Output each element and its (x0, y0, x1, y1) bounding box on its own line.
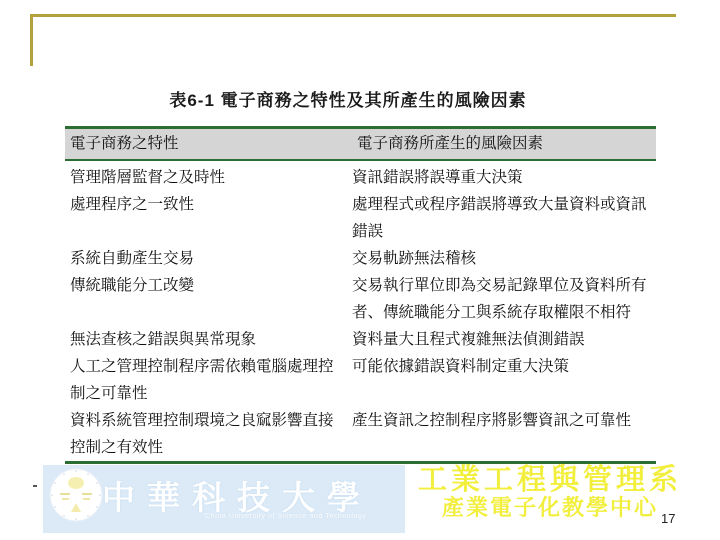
cell-characteristic: 處理程序之一致性 (65, 191, 352, 245)
cell-characteristic: 傳統職能分工改變 (65, 272, 352, 326)
stray-mark (33, 485, 37, 487)
university-name-english: China University of Science and Technolo… (205, 513, 405, 520)
cell-risk: 資料量大且程式複雜無法偵測錯誤 (352, 326, 656, 353)
cell-characteristic: 無法查核之錯誤與異常現象 (65, 326, 352, 353)
column-header-characteristics: 電子商務之特性 (65, 128, 352, 161)
table-row: 資料系統管理控制環境之良窳影響直接控制之有效性 產生資訊之控制程序將影響資訊之可… (65, 407, 656, 463)
table-row: 處理程序之一致性 處理程式或程序錯誤將導致大量資料或資訊錯誤 (65, 191, 656, 245)
cell-risk: 資訊錯誤將誤導重大決策 (352, 160, 656, 191)
cell-risk: 產生資訊之控制程序將影響資訊之可靠性 (352, 407, 656, 463)
department-name: 工業工程與管理系 (408, 465, 692, 496)
table-row: 傳統職能分工改變 交易執行單位即為交易記錄單位及資料所有者、傳統職能分工與系統存… (65, 272, 656, 326)
cell-characteristic: 人工之管理控制程序需依賴電腦處理控制之可靠性 (65, 353, 352, 407)
teaching-center-name: 產業電子化教學中心 (408, 496, 692, 520)
university-name: 中華科技大學 (102, 472, 402, 519)
page-number: 17 (661, 511, 675, 526)
table-row: 無法查核之錯誤與異常現象 資料量大且程式複雜無法偵測錯誤 (65, 326, 656, 353)
left-accent-line (30, 14, 33, 66)
cell-risk: 交易執行單位即為交易記錄單位及資料所有者、傳統職能分工與系統存取權限不相符 (352, 272, 656, 326)
department-block: 工業工程與管理系 產業電子化教學中心 (408, 465, 692, 520)
table-row: 管理階層監督之及時性 資訊錯誤將誤導重大決策 (65, 160, 656, 191)
slide: { "slide": { "title": "表6-1 電子商務之特性及其所產生… (0, 0, 720, 540)
cell-risk: 可能依據錯誤資料制定重大決策 (352, 353, 656, 407)
ecommerce-risk-table: 電子商務之特性 電子商務所產生的風險因素 管理階層監督之及時性 資訊錯誤將誤導重… (65, 126, 656, 464)
table-row: 系統自動產生交易 交易軌跡無法稽核 (65, 245, 656, 272)
table-header-row: 電子商務之特性 電子商務所產生的風險因素 (65, 128, 656, 161)
university-seal-icon (48, 467, 104, 523)
cell-risk: 交易軌跡無法稽核 (352, 245, 656, 272)
cell-characteristic: 管理階層監督之及時性 (65, 160, 352, 191)
cell-characteristic: 系統自動產生交易 (65, 245, 352, 272)
cell-risk: 處理程式或程序錯誤將導致大量資料或資訊錯誤 (352, 191, 656, 245)
cell-characteristic: 資料系統管理控制環境之良窳影響直接控制之有效性 (65, 407, 352, 463)
top-accent-line (30, 14, 676, 17)
table-row: 人工之管理控制程序需依賴電腦處理控制之可靠性 可能依據錯誤資料制定重大決策 (65, 353, 656, 407)
slide-title: 表6-1 電子商務之特性及其所產生的風險因素 (58, 86, 638, 111)
column-header-risks: 電子商務所產生的風險因素 (352, 128, 656, 161)
